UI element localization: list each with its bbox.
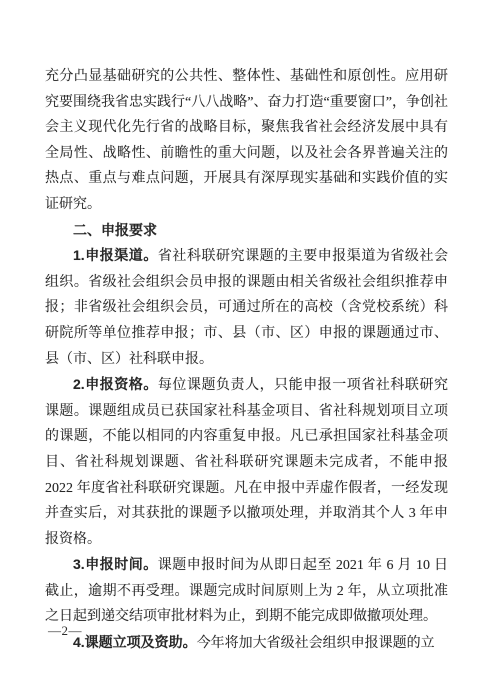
paragraph-application-time: 3.申报时间。课题申报时间为从即日起至 2021 年 6 月 10 日截止，逾期… [45, 552, 448, 630]
body-text: 充分凸显基础研究的公共性、整体性、基础性和原创性。应用研究要围绕我省忠实践行“八… [45, 64, 448, 657]
paragraph-lead: 1.申报渠道。 [73, 247, 158, 263]
paragraph-lead: 3.申报时间。 [73, 556, 158, 572]
page-number: —2— [48, 622, 82, 640]
paragraph-application-eligibility: 2.申报资格。每位课题负责人，只能申报一项省社科联研究课题。课题组成员已获国家社… [45, 372, 448, 552]
paragraph-lead: 2.申报资格。 [73, 376, 158, 392]
paragraph-lead: 4.课题立项及资助。 [73, 634, 197, 650]
paragraph-body: 省社科联研究课题的主要申报渠道为省级社会组织。省级社会组织会员申报的课题由相关省… [45, 249, 448, 366]
document-page: 充分凸显基础研究的公共性、整体性、基础性和原创性。应用研究要围绕我省忠实践行“八… [0, 0, 481, 676]
paragraph-body: 每位课题负责人，只能申报一项省社科联研究课题。课题组成员已获国家社科基金项目、省… [45, 378, 448, 547]
paragraph-body: 今年将加大省级社会组织申报课题的立 [197, 636, 435, 651]
section-heading: 二、申报要求 [45, 218, 448, 244]
paragraph-project-funding: 4.课题立项及资助。今年将加大省级社会组织申报课题的立 [45, 630, 448, 657]
paragraph-application-channel: 1.申报渠道。省社科联研究课题的主要申报渠道为省级社会组织。省级社会组织会员申报… [45, 243, 448, 372]
continuation-paragraph: 充分凸显基础研究的公共性、整体性、基础性和原创性。应用研究要围绕我省忠实践行“八… [45, 64, 448, 218]
